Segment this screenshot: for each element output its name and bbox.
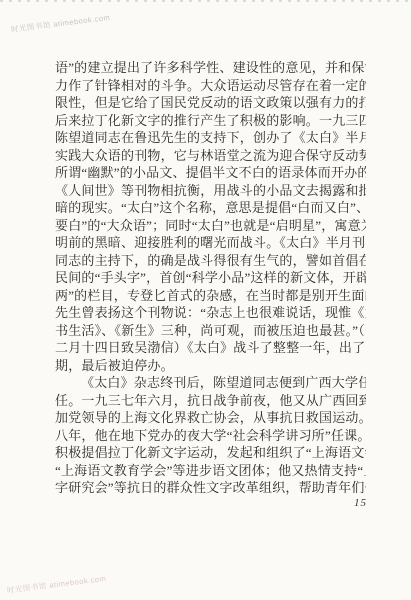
watermark-top: 时光图书馆 atimebook.com — [10, 12, 111, 35]
page-number: 15 — [354, 497, 367, 509]
text-line: 限性，但是它给了国民党反动的语文政策以强有力的打击，也对 — [55, 94, 366, 112]
text-line: 暗的现实。“太白”这个名称，意思是提倡“白而又白”、“比白话还 — [55, 199, 366, 217]
text-line: 八年，他在地下党办的夜大学“社会科学讲习所”任课。同时，他 — [55, 427, 366, 445]
text-line: 实践大众语的刊物，它与林语堂之流为迎合保守反动势力，鼓吹 — [55, 147, 366, 165]
text-line: “上海语文教育学会”等进步语文团体；他又热情支持“上海新文 — [55, 462, 366, 480]
text-line: 字研究会”等抗日的群众性文字改革组织，帮助青年们修改了拉 — [55, 479, 366, 497]
book-page: 时光图书馆 atimebook.com 语”的建立提出了许多科学性、建设性的意见… — [0, 0, 411, 600]
text-line: 同志的主持下，的确是战斗得很有生气的，譬如首倡在刊物上用 — [55, 252, 366, 270]
text-line: 先生曾表扬这个刊物说：“杂志上也很难说话，现惟《太白》、《读 — [55, 304, 366, 322]
text-line: 两”的栏目，专登匕首式的杂感，在当时都是别开生面的。鲁迅 — [55, 287, 366, 305]
text-line: 明前的黑暗、迎接胜利的曙光而战斗。《太白》半月刊在陈望道 — [55, 234, 366, 252]
text-line: 《太白》杂志终刊后，陈望道同志便到广西大学任中文科主 — [55, 374, 366, 392]
text-line: 陈望道同志在鲁迅先生的支持下，创办了《太白》半月刊。这是 — [55, 129, 366, 147]
text-line: 要白”的“大众语”；同时“太白”也就是“启明星”，寓意为冲破黎 — [55, 217, 366, 235]
text-line: 后来拉丁化新文字的推行产生了积极的影响。一九三四年九月， — [55, 112, 366, 130]
watermark-bottom: 时光图书馆 atimebook.com — [6, 573, 107, 596]
text-block: 语”的建立提出了许多科学性、建设性的意见，并和保守反动势力作了针锋相对的斗争。大… — [55, 59, 366, 497]
scan-noise-edge — [0, 0, 411, 2]
text-line: 所谓“幽默”的小品文、提倡半文不白的语录体而开办的《论语》、 — [55, 164, 366, 182]
text-line: 加党领导的上海文化界救亡协会，从事抗日救国运动。一九三 — [55, 409, 366, 427]
text-line: 积极提倡拉丁化新文字运动，发起和组织了“上海语文学会”、 — [55, 444, 366, 462]
text-line: 民间的“手头字”，首创“科学小品”这样的新文体，开辟“掂斤簸 — [55, 269, 366, 287]
text-line: 二月十四日致吴渤信）《太白》战斗了整整一年，出了两卷二十四 — [55, 339, 366, 357]
text-line: 《人间世》等刊物相抗衡，用战斗的小品文去揭露和批判当时黑 — [55, 182, 366, 200]
text-line: 书生活》、《新生》三种，尚可观，而被压迫也最甚。”（一九三五年 — [55, 322, 366, 340]
text-line: 力作了针锋相对的斗争。大众语运动尽管存在着一定的历史局 — [55, 77, 366, 95]
text-line: 期，最后被迫停办。 — [55, 357, 366, 375]
text-line: 语”的建立提出了许多科学性、建设性的意见，并和保守反动势 — [55, 59, 366, 77]
text-line: 任。一九三七年六月，抗日战争前夜，他又从广西回到上海，参 — [55, 392, 366, 410]
